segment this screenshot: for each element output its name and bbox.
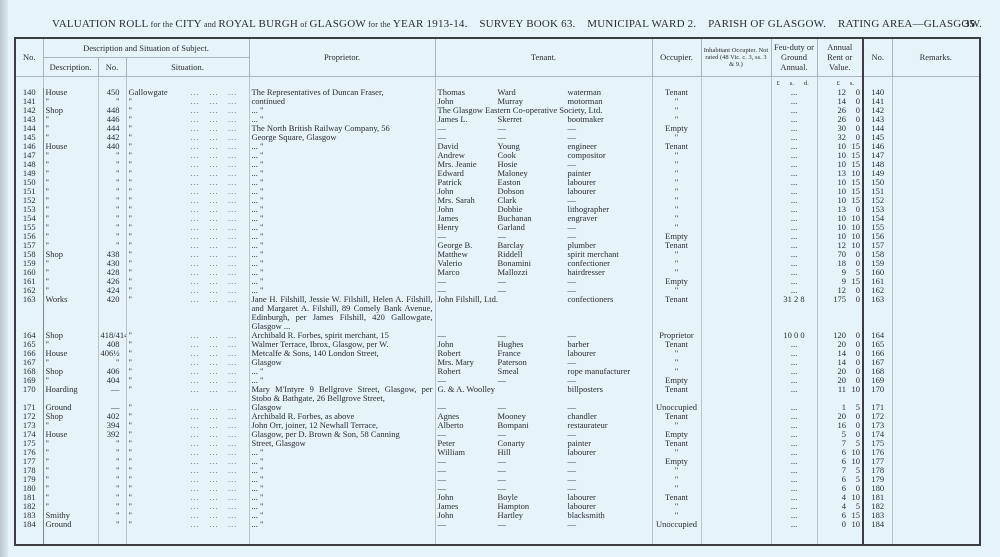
entry-number-right: 169 — [863, 376, 892, 385]
tenant-surname: France — [498, 349, 568, 358]
feu-duty: ... — [771, 133, 817, 142]
description: " — [43, 214, 98, 223]
inhabitant-occupier — [701, 367, 771, 376]
street-number: 406½ — [98, 349, 126, 358]
rent-shillings: 0 — [850, 124, 860, 133]
tenant: AndrewCookcompositor — [435, 151, 652, 160]
feu-duty: ... — [771, 430, 817, 439]
street-number: 446 — [98, 115, 126, 124]
situation: "... ... ... — [126, 133, 249, 142]
tenant-occupation: — — [568, 484, 644, 493]
tenant-occupation: — — [568, 457, 644, 466]
annual-rent: 200 — [817, 340, 863, 349]
tenant: Mrs. JeanieHosie— — [435, 160, 652, 169]
inhabitant-occupier — [701, 250, 771, 259]
entry-number: 146 — [15, 142, 43, 151]
tenant: ——— — [435, 133, 652, 142]
table-row: 157 " " "... ... ... ... " George B.Barc… — [15, 241, 980, 250]
situation: "... ... ... — [126, 349, 249, 358]
entry-number-right: 152 — [863, 196, 892, 205]
entry-number-right: 182 — [863, 502, 892, 511]
entry-number: 147 — [15, 151, 43, 160]
tenant-occupation: engineer — [568, 142, 644, 151]
feu-duty: ... — [771, 250, 817, 259]
remarks — [892, 250, 980, 259]
situation: "... ... ... — [126, 430, 249, 439]
inhabitant-occupier — [701, 511, 771, 520]
street-number: " — [98, 439, 126, 448]
occupier: Proprietor — [652, 331, 701, 340]
entry-number: 145 — [15, 133, 43, 142]
tenant: JohnBoylelabourer — [435, 493, 652, 502]
tenant-first-name: — — [438, 403, 498, 412]
tenant-surname: Skerret — [498, 115, 568, 124]
situation: "... ... ... — [126, 358, 249, 367]
entry-number: 170 — [15, 385, 43, 403]
description: House — [43, 349, 98, 358]
tenant: MarcoMallozzihairdresser — [435, 268, 652, 277]
tenant-occupation: painter — [568, 439, 644, 448]
remarks — [892, 151, 980, 160]
tenant: JohnMurraymotorman — [435, 97, 652, 106]
entry-number-right: 154 — [863, 214, 892, 223]
tenant-surname: — — [498, 286, 568, 295]
annual-rent: 1015 — [817, 178, 863, 187]
remarks — [892, 232, 980, 241]
rent-pounds: 18 — [836, 259, 846, 268]
tenant-first-name: — — [438, 232, 498, 241]
description: " — [43, 268, 98, 277]
entry-number-right: 184 — [863, 520, 892, 529]
remarks — [892, 412, 980, 421]
tenant-occupation: bootmaker — [568, 115, 644, 124]
inhabitant-occupier — [701, 88, 771, 97]
table-row: 142 Shop 448 "... ... ... ... " The Glas… — [15, 106, 980, 115]
annual-rent: 15 — [817, 403, 863, 412]
annual-rent: 200 — [817, 367, 863, 376]
entry-number-right: 175 — [863, 439, 892, 448]
occupier: " — [652, 133, 701, 142]
rent-shillings: 0 — [850, 97, 860, 106]
rent-pounds: 10 — [836, 151, 846, 160]
occupier: " — [652, 187, 701, 196]
entry-number: 150 — [15, 178, 43, 187]
proprietor: ... " — [249, 214, 435, 223]
tenant: G. & A. Woolleybillposters — [435, 385, 652, 403]
tenant-surname — [498, 106, 568, 115]
annual-rent: 1015 — [817, 160, 863, 169]
occupier: " — [652, 115, 701, 124]
annual-rent: 1015 — [817, 196, 863, 205]
street-number: " — [98, 214, 126, 223]
inhabitant-occupier — [701, 430, 771, 439]
entry-number: 163 — [15, 295, 43, 331]
rent-shillings: 10 — [850, 457, 860, 466]
entry-number-right: 150 — [863, 178, 892, 187]
inhabitant-occupier — [701, 178, 771, 187]
description: " — [43, 277, 98, 286]
tenant: JohnDobbielithographer — [435, 205, 652, 214]
rent-pounds: 0 — [836, 520, 846, 529]
street-number: 408 — [98, 340, 126, 349]
street-number: — — [98, 385, 126, 403]
rent-pounds: 12 — [836, 241, 846, 250]
description: " — [43, 232, 98, 241]
rent-shillings: 10 — [850, 493, 860, 502]
inhabitant-occupier — [701, 475, 771, 484]
tenant-surname: Conarty — [498, 439, 568, 448]
occupier: Tenant — [652, 439, 701, 448]
description: " — [43, 205, 98, 214]
entry-number: 173 — [15, 421, 43, 430]
tenant-surname: Dobbie — [498, 205, 568, 214]
entry-number: 154 — [15, 214, 43, 223]
tenant-occupation — [568, 106, 644, 115]
tenant: The Glasgow Eastern Co-operative Society… — [435, 106, 652, 115]
street-number: 428 — [98, 268, 126, 277]
remarks — [892, 421, 980, 430]
entry-number: 160 — [15, 268, 43, 277]
feu-duty: ... — [771, 97, 817, 106]
occupier: " — [652, 196, 701, 205]
entry-number-right: 162 — [863, 286, 892, 295]
unit-shilling: s. — [850, 79, 854, 88]
occupier: " — [652, 259, 701, 268]
occupier: " — [652, 286, 701, 295]
tenant-occupation: painter — [568, 169, 644, 178]
rent-pounds: 30 — [836, 124, 846, 133]
remarks — [892, 367, 980, 376]
tenant-occupation: restaurateur — [568, 421, 644, 430]
remarks — [892, 88, 980, 97]
entry-number: 183 — [15, 511, 43, 520]
tenant-first-name: — — [438, 457, 498, 466]
table-row: 144 " 444 "... ... ... The North British… — [15, 124, 980, 133]
inhabitant-occupier — [701, 196, 771, 205]
remarks — [892, 286, 980, 295]
proprietor: ... " — [249, 367, 435, 376]
rent-pounds: 7 — [836, 439, 846, 448]
remarks — [892, 196, 980, 205]
inhabitant-occupier — [701, 106, 771, 115]
tenant-occupation: — — [568, 466, 644, 475]
entry-number-right: 142 — [863, 106, 892, 115]
tenant-first-name: John — [438, 511, 498, 520]
tenant-surname: — — [498, 403, 568, 412]
tenant: ——— — [435, 286, 652, 295]
proprietor: Street, Glasgow — [249, 439, 435, 448]
tenant-first-name: James — [438, 502, 498, 511]
proprietor: ... " — [249, 376, 435, 385]
table-row: 172 Shop 402 "... ... ... Archibald R. F… — [15, 412, 980, 421]
tenant-first-name: Alberto — [438, 421, 498, 430]
feu-duty: ... — [771, 493, 817, 502]
tenant-occupation: — — [568, 223, 644, 232]
rent-pounds: 10 — [836, 232, 846, 241]
proprietor: George Square, Glasgow — [249, 133, 435, 142]
inhabitant-occupier — [701, 403, 771, 412]
tenant: JohnDobsonlabourer — [435, 187, 652, 196]
entry-number: 168 — [15, 367, 43, 376]
rent-pounds: 11 — [836, 385, 846, 394]
occupier: " — [652, 511, 701, 520]
remarks — [892, 160, 980, 169]
entry-number-right: 183 — [863, 511, 892, 520]
inhabitant-occupier — [701, 340, 771, 349]
tenant-surname: Bompani — [498, 421, 568, 430]
annual-rent: 60 — [817, 484, 863, 493]
feu-duty: ... — [771, 439, 817, 448]
proprietor: ... " — [249, 268, 435, 277]
entry-number-right: 151 — [863, 187, 892, 196]
entry-number-right: 148 — [863, 160, 892, 169]
situation: "... ... ... — [126, 97, 249, 106]
street-number: " — [98, 151, 126, 160]
remarks — [892, 430, 980, 439]
tenant-first-name: Agnes — [438, 412, 498, 421]
situation: "... ... ... — [126, 520, 249, 529]
proprietor: ... " — [249, 484, 435, 493]
annual-rent: 120 — [817, 286, 863, 295]
tenant-first-name: — — [438, 475, 498, 484]
rent-shillings: 15 — [850, 142, 860, 151]
entry-number: 180 — [15, 484, 43, 493]
feu-duty: ... — [771, 376, 817, 385]
tenant: RobertFrancelabourer — [435, 349, 652, 358]
proprietor: John Orr, joiner, 12 Newhall Terrace, — [249, 421, 435, 430]
entry-number-right: 168 — [863, 367, 892, 376]
description: " — [43, 187, 98, 196]
situation: "... ... ... — [126, 475, 249, 484]
tenant: ThomasWardwaterman — [435, 88, 652, 97]
rent-shillings: 15 — [850, 187, 860, 196]
annual-rent: 1310 — [817, 169, 863, 178]
inhabitant-occupier — [701, 223, 771, 232]
occupier: Tenant — [652, 493, 701, 502]
rent-pounds: 26 — [836, 115, 846, 124]
inhabitant-occupier — [701, 151, 771, 160]
tenant-occupation: barber — [568, 340, 644, 349]
table-row: 170 Hoarding — "... ... ... Mary M'Intyr… — [15, 385, 980, 403]
tenant: ——— — [435, 466, 652, 475]
table-row: 181 " " "... ... ... ... " JohnBoylelabo… — [15, 493, 980, 502]
tenant: JamesBuchananengraver — [435, 214, 652, 223]
occupier: " — [652, 358, 701, 367]
situation: "... ... ... — [126, 187, 249, 196]
table-row: 146 House 440 "... ... ... ... " DavidYo… — [15, 142, 980, 151]
tenant-occupation: — — [568, 520, 644, 529]
feu-duty: ... — [771, 358, 817, 367]
entry-number: 149 — [15, 169, 43, 178]
inhabitant-occupier — [701, 133, 771, 142]
description: " — [43, 439, 98, 448]
tenant: ——— — [435, 475, 652, 484]
feu-duty: ... — [771, 205, 817, 214]
rent-shillings: 0 — [850, 367, 860, 376]
situation: "... ... ... — [126, 466, 249, 475]
occupier: Tenant — [652, 412, 701, 421]
inhabitant-occupier — [701, 484, 771, 493]
entry-number: 171 — [15, 403, 43, 412]
tenant: ——— — [435, 403, 652, 412]
description: " — [43, 484, 98, 493]
inhabitant-occupier — [701, 169, 771, 178]
tenant: James L.Skerretbootmaker — [435, 115, 652, 124]
rent-shillings: 10 — [850, 232, 860, 241]
situation: "... ... ... — [126, 115, 249, 124]
tenant-first-name: John — [438, 97, 498, 106]
inhabitant-occupier — [701, 115, 771, 124]
tenant-first-name: Matthew — [438, 250, 498, 259]
tenant: WilliamHilllabourer — [435, 448, 652, 457]
table-row: 147 " " "... ... ... ... " AndrewCookcom… — [15, 151, 980, 160]
proprietor: Archibald R. Forbes, spirit merchant, 15 — [249, 331, 435, 340]
table-row: 141 " " "... ... ... continued JohnMurra… — [15, 97, 980, 106]
feu-duty: ... — [771, 187, 817, 196]
tenant-first-name: — — [438, 286, 498, 295]
description: " — [43, 124, 98, 133]
remarks — [892, 349, 980, 358]
street-number: " — [98, 511, 126, 520]
tenant-surname: — — [498, 331, 568, 340]
proprietor: ... " — [249, 457, 435, 466]
inhabitant-occupier — [701, 277, 771, 286]
inhabitant-occupier — [701, 466, 771, 475]
occupier: " — [652, 349, 701, 358]
tenant: PatrickEastonlabourer — [435, 178, 652, 187]
tenant-occupation: chandler — [568, 412, 644, 421]
tenant-first-name: — — [438, 376, 498, 385]
street-number: 448 — [98, 106, 126, 115]
feu-duty: ... — [771, 520, 817, 529]
remarks — [892, 97, 980, 106]
description: House — [43, 430, 98, 439]
remarks — [892, 358, 980, 367]
tenant-first-name: George B. — [438, 241, 498, 250]
rent-shillings: 10 — [850, 241, 860, 250]
rent-shillings: 0 — [850, 331, 860, 340]
feu-duty: 31 2 8 — [771, 295, 817, 331]
situation: "... ... ... — [126, 439, 249, 448]
tenant: ——— — [435, 430, 652, 439]
tenant: AlbertoBompanirestaurateur — [435, 421, 652, 430]
rent-pounds: 13 — [836, 205, 846, 214]
tenant: George B.Barclayplumber — [435, 241, 652, 250]
table-row: 149 " " "... ... ... ... " EdwardMaloney… — [15, 169, 980, 178]
table-row: 167 " " "... ... ... Glasgow Mrs. MaryPa… — [15, 358, 980, 367]
tenant-first-name: James — [438, 214, 498, 223]
proprietor: Glasgow, per D. Brown & Son, 58 Canning — [249, 430, 435, 439]
annual-rent: 1015 — [817, 142, 863, 151]
entry-number: 156 — [15, 232, 43, 241]
rent-pounds: 12 — [836, 286, 846, 295]
rent-shillings: 5 — [850, 466, 860, 475]
rent-pounds: 10 — [836, 178, 846, 187]
title-connector: and — [202, 20, 219, 29]
entry-number-right: 174 — [863, 430, 892, 439]
proprietor: Archibald R. Forbes, as above — [249, 412, 435, 421]
street-number: 438 — [98, 250, 126, 259]
tenant: ——— — [435, 520, 652, 529]
entry-number-right: 178 — [863, 466, 892, 475]
proprietor: ... " — [249, 286, 435, 295]
remarks — [892, 187, 980, 196]
tenant-surname: — — [498, 277, 568, 286]
entry-number-right: 158 — [863, 250, 892, 259]
tenant-surname: — — [498, 133, 568, 142]
tenant-occupation: — — [568, 124, 644, 133]
title-connector: for the — [366, 20, 393, 29]
occupier: Tenant — [652, 88, 701, 97]
description: Shop — [43, 367, 98, 376]
entry-number: 153 — [15, 205, 43, 214]
rent-pounds: 10 — [836, 142, 846, 151]
col-header-inhabitant: Inhabitant Occupier. Not rated (48 Vic. … — [701, 38, 771, 76]
rent-pounds: 10 — [836, 223, 846, 232]
entry-number-right: 144 — [863, 124, 892, 133]
tenant-occupation: spirit merchant — [568, 250, 644, 259]
entry-number-right: 153 — [863, 205, 892, 214]
tenant-first-name: Marco — [438, 268, 498, 277]
situation: "... ... ... — [126, 205, 249, 214]
rent-shillings: 0 — [850, 340, 860, 349]
street-number: " — [98, 232, 126, 241]
description: Shop — [43, 250, 98, 259]
entry-number-right: 164 — [863, 331, 892, 340]
remarks — [892, 277, 980, 286]
table-row: 179 " " "... ... ... ... " ——— " ... 65 … — [15, 475, 980, 484]
remarks — [892, 169, 980, 178]
feu-duty: ... — [771, 169, 817, 178]
tenant-first-name: Mrs. Jeanie — [438, 160, 498, 169]
situation: "... ... ... — [126, 493, 249, 502]
entry-number: 161 — [15, 277, 43, 286]
tenant-occupation: — — [568, 403, 644, 412]
occupier: " — [652, 151, 701, 160]
tenant-first-name: Henry — [438, 223, 498, 232]
tenant: DavidYoungengineer — [435, 142, 652, 151]
tenant-surname — [498, 385, 568, 394]
table-row: 171 Ground — "... ... ... Glasgow ——— Un… — [15, 403, 980, 412]
description: " — [43, 259, 98, 268]
rent-shillings: 15 — [850, 178, 860, 187]
feu-duty: ... — [771, 232, 817, 241]
annual-rent: 1200 — [817, 331, 863, 340]
description: Works — [43, 295, 98, 331]
entry-number: 172 — [15, 412, 43, 421]
tenant-first-name: John — [438, 205, 498, 214]
street-number: 444 — [98, 124, 126, 133]
annual-rent: 915 — [817, 277, 863, 286]
feu-duty: ... — [771, 259, 817, 268]
title-city: CITY — [175, 18, 201, 30]
remarks — [892, 448, 980, 457]
tenant-occupation: plumber — [568, 241, 644, 250]
entry-number-right: 181 — [863, 493, 892, 502]
tenant-first-name: David — [438, 142, 498, 151]
remarks — [892, 268, 980, 277]
rent-shillings: 15 — [850, 151, 860, 160]
tenant-occupation: labourer — [568, 349, 644, 358]
remarks — [892, 214, 980, 223]
description: " — [43, 151, 98, 160]
annual-rent: 95 — [817, 268, 863, 277]
tenant-occupation: — — [568, 331, 644, 340]
title-glasgow: GLASGOW — [310, 18, 366, 30]
entry-number-right: 163 — [863, 295, 892, 331]
tenant-surname: Maloney — [498, 169, 568, 178]
rent-shillings: 0 — [850, 88, 860, 97]
